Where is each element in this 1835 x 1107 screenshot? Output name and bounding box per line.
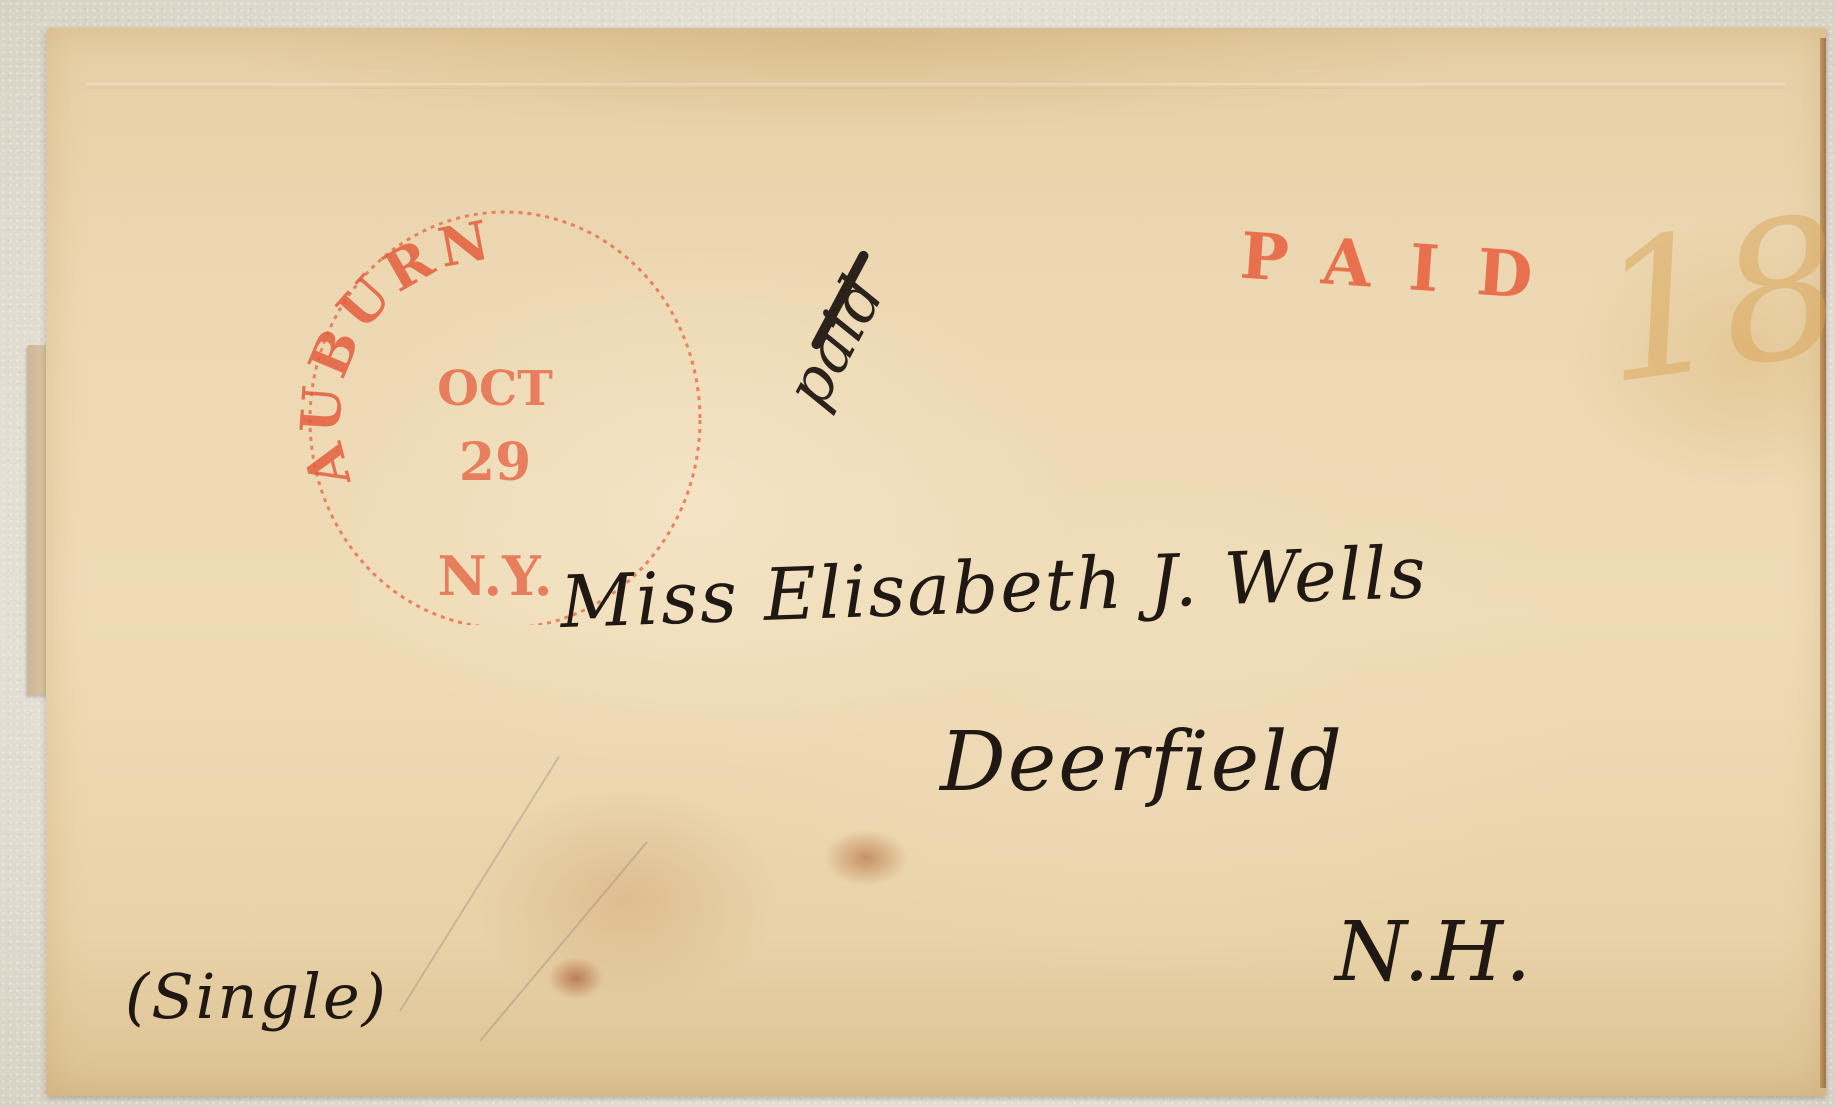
single-rate-notation: (Single) <box>125 960 388 1033</box>
pencil-rate-marking: 18 <box>1586 174 1835 426</box>
addressee-state: N.H. <box>1335 905 1533 1000</box>
postmark-day: 29 <box>459 432 531 493</box>
postmark-state: N.Y. <box>437 544 552 608</box>
postmark-month: OCT <box>437 361 553 417</box>
addressee-town: Deerfield <box>940 715 1344 810</box>
fold-crease <box>86 83 1786 89</box>
